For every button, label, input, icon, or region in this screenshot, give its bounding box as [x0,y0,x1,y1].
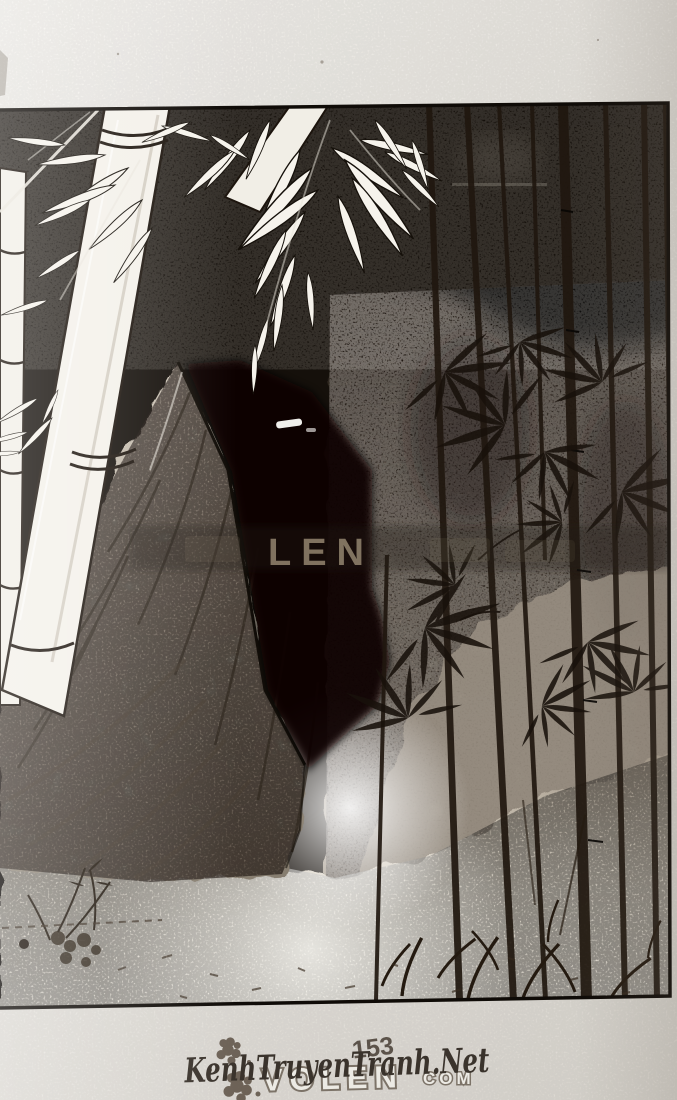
scanned-manga-page: LEN VOLEN COM 153 KenhTruyenTranh.Net [0,0,677,1100]
scan-vignette [0,0,677,1100]
manga-page-artwork: LEN VOLEN COM 153 KenhTruyenTranh.Net [0,0,677,1100]
